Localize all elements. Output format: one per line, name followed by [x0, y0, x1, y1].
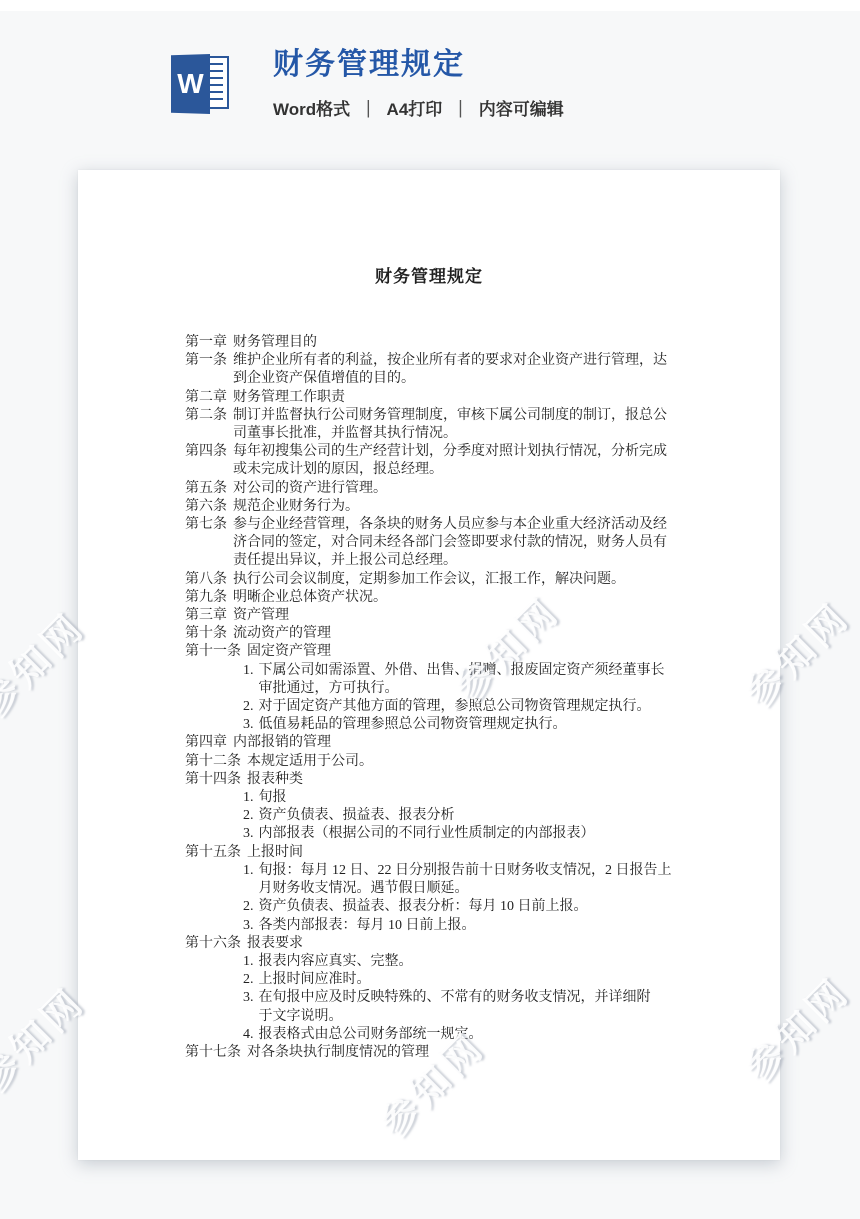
item-text: 在旬报中应及时反映特殊的、不常有的财务收支情况，并详细附 于文字说明。 [259, 989, 711, 1025]
item-label: 第四条 [185, 443, 227, 461]
item-label: 1. [243, 953, 254, 971]
item-text: 资产负债表、损益表、报表分析：每月 10 日前上报。 [259, 898, 711, 916]
page-title[interactable]: 财务管理规定 [273, 48, 564, 81]
item-label: 3. [243, 989, 254, 1007]
document-title: 财务管理规定 [78, 262, 780, 287]
doc-article: 第十一条固定资产管理 [185, 643, 710, 661]
word-icon: W [171, 54, 229, 118]
item-text: 内部报表（根据公司的不同行业性质制定的内部报表） [259, 825, 711, 843]
doc-subitem: 3.内部报表（根据公司的不同行业性质制定的内部报表） [243, 825, 710, 843]
subtitle: Word格式 | A4打印 | 内容可编辑 [273, 95, 564, 120]
item-text: 对各条块执行制度情况的管理 [247, 1044, 710, 1062]
doc-subitem: 1.旬报 [243, 789, 710, 807]
item-label: 第四章 [185, 734, 227, 752]
item-text: 上报时间 [247, 844, 710, 862]
doc-article: 第十五条上报时间 [185, 844, 710, 862]
item-label: 第九条 [185, 589, 227, 607]
item-text: 报表格式由总公司财务部统一规定。 [259, 1026, 711, 1044]
item-label: 第十六条 [185, 935, 241, 953]
item-text: 财务管理工作职责 [233, 389, 710, 407]
item-text: 下属公司如需添置、外借、出售、捐赠、报废固定资产须经董事长 审批通过，方可执行。 [259, 662, 711, 698]
word-icon-cover: W [171, 54, 210, 114]
doc-article: 第十四条报表种类 [185, 771, 710, 789]
doc-article: 第九条明晰企业总体资产状况。 [185, 589, 710, 607]
item-label: 第二章 [185, 389, 227, 407]
item-text: 资产负债表、损益表、报表分析 [259, 807, 711, 825]
doc-article: 第六条规范企业财务行为。 [185, 498, 710, 516]
item-text: 财务管理目的 [233, 334, 710, 352]
item-text: 资产管理 [233, 607, 710, 625]
item-text: 规范企业财务行为。 [233, 498, 710, 516]
item-label: 1. [243, 789, 254, 807]
item-text: 固定资产管理 [247, 643, 710, 661]
item-label: 第三章 [185, 607, 227, 625]
doc-subitem: 2.上报时间应准时。 [243, 971, 710, 989]
item-label: 1. [243, 662, 254, 680]
item-label: 第七条 [185, 516, 227, 534]
item-text: 流动资产的管理 [233, 625, 710, 643]
item-label: 第一条 [185, 352, 227, 370]
doc-article: 第十二条本规定适用于公司。 [185, 753, 710, 771]
doc-article: 第二条制订并监督执行公司财务管理制度，审核下属公司制度的制订，报总公 司董事长批… [185, 407, 710, 443]
doc-subitem: 2.资产负债表、损益表、报表分析 [243, 807, 710, 825]
doc-article: 第七条参与企业经营管理，各条块的财务人员应参与本企业重大经济活动及经 济合同的签… [185, 516, 710, 571]
item-label: 第六条 [185, 498, 227, 516]
item-label: 4. [243, 1026, 254, 1044]
top-band [0, 0, 860, 11]
item-text: 执行公司会议制度，定期参加工作会议，汇报工作，解决问题。 [233, 571, 710, 589]
item-text: 明晰企业总体资产状况。 [233, 589, 710, 607]
item-label: 第十条 [185, 625, 227, 643]
item-text: 报表要求 [247, 935, 710, 953]
item-label: 3. [243, 716, 254, 734]
subtitle-format-label: Word格式 [273, 95, 350, 120]
doc-chapter: 第一章财务管理目的 [185, 334, 710, 352]
doc-chapter: 第四章内部报销的管理 [185, 734, 710, 752]
item-text: 旬报 [259, 789, 711, 807]
item-label: 第五条 [185, 480, 227, 498]
item-text: 上报时间应准时。 [259, 971, 711, 989]
item-text: 报表种类 [247, 771, 710, 789]
item-text: 旬报：每月 12 日、22 日分别报告前十日财务收支情况，2 日报告上 月财务收… [259, 862, 711, 898]
doc-chapter: 第三章资产管理 [185, 607, 710, 625]
doc-subitem: 1.报表内容应真实、完整。 [243, 953, 710, 971]
item-label: 第十二条 [185, 753, 241, 771]
item-label: 第十七条 [185, 1044, 241, 1062]
doc-subitem: 3.各类内部报表：每月 10 日前上报。 [243, 917, 710, 935]
item-label: 1. [243, 862, 254, 880]
item-label: 2. [243, 898, 254, 916]
header-text: 财务管理规定 Word格式 | A4打印 | 内容可编辑 [273, 48, 564, 120]
item-text: 对于固定资产其他方面的管理，参照总公司物资管理规定执行。 [259, 698, 711, 716]
item-text: 本规定适用于公司。 [247, 753, 710, 771]
item-label: 第八条 [185, 571, 227, 589]
item-label: 3. [243, 917, 254, 935]
item-text: 每年初搜集公司的生产经营计划，分季度对照计划执行情况，分析完成 或未完成计划的原… [233, 443, 710, 479]
item-text: 参与企业经营管理，各条块的财务人员应参与本企业重大经济活动及经 济合同的签定，对… [233, 516, 710, 571]
subtitle-print-label: A4打印 [387, 95, 443, 120]
item-label: 第十一条 [185, 643, 241, 661]
item-text: 内部报销的管理 [233, 734, 710, 752]
header: W 财务管理规定 Word格式 | A4打印 | 内容可编辑 [171, 48, 564, 120]
item-text: 报表内容应真实、完整。 [259, 953, 711, 971]
doc-subitem: 1.下属公司如需添置、外借、出售、捐赠、报废固定资产须经董事长 审批通过，方可执… [243, 662, 710, 698]
item-label: 第一章 [185, 334, 227, 352]
doc-article: 第十七条对各条块执行制度情况的管理 [185, 1044, 710, 1062]
item-text: 制订并监督执行公司财务管理制度，审核下属公司制度的制订，报总公 司董事长批准，并… [233, 407, 710, 443]
separator: | [366, 97, 370, 119]
item-text: 维护企业所有者的利益，按企业所有者的要求对企业资产进行管理，达 到企业资产保值增… [233, 352, 710, 388]
item-label: 2. [243, 807, 254, 825]
doc-article: 第十六条报表要求 [185, 935, 710, 953]
item-label: 第十四条 [185, 771, 241, 789]
doc-article: 第八条执行公司会议制度，定期参加工作会议，汇报工作，解决问题。 [185, 571, 710, 589]
item-label: 第十五条 [185, 844, 241, 862]
item-label: 2. [243, 971, 254, 989]
doc-subitem: 2.对于固定资产其他方面的管理，参照总公司物资管理规定执行。 [243, 698, 710, 716]
doc-article: 第四条每年初搜集公司的生产经营计划，分季度对照计划执行情况，分析完成 或未完成计… [185, 443, 710, 479]
item-label: 2. [243, 698, 254, 716]
doc-subitem: 2.资产负债表、损益表、报表分析：每月 10 日前上报。 [243, 898, 710, 916]
doc-subitem: 3.低值易耗品的管理参照总公司物资管理规定执行。 [243, 716, 710, 734]
item-label: 3. [243, 825, 254, 843]
doc-subitem: 3.在旬报中应及时反映特殊的、不常有的财务收支情况，并详细附 于文字说明。 [243, 989, 710, 1025]
separator: | [458, 97, 462, 119]
item-text: 各类内部报表：每月 10 日前上报。 [259, 917, 711, 935]
doc-subitem: 4.报表格式由总公司财务部统一规定。 [243, 1026, 710, 1044]
item-text: 对公司的资产进行管理。 [233, 480, 710, 498]
doc-chapter: 第二章财务管理工作职责 [185, 389, 710, 407]
subtitle-editable-label: 内容可编辑 [479, 95, 564, 120]
word-icon-letter: W [177, 70, 203, 98]
doc-article: 第五条对公司的资产进行管理。 [185, 480, 710, 498]
doc-subitem: 1.旬报：每月 12 日、22 日分别报告前十日财务收支情况，2 日报告上 月财… [243, 862, 710, 898]
document-page: 财务管理规定 第一章财务管理目的第一条维护企业所有者的利益，按企业所有者的要求对… [78, 170, 780, 1160]
doc-article: 第十条流动资产的管理 [185, 625, 710, 643]
doc-body: 第一章财务管理目的第一条维护企业所有者的利益，按企业所有者的要求对企业资产进行管… [78, 334, 780, 1062]
item-text: 低值易耗品的管理参照总公司物资管理规定执行。 [259, 716, 711, 734]
item-label: 第二条 [185, 407, 227, 425]
doc-article: 第一条维护企业所有者的利益，按企业所有者的要求对企业资产进行管理，达 到企业资产… [185, 352, 710, 388]
